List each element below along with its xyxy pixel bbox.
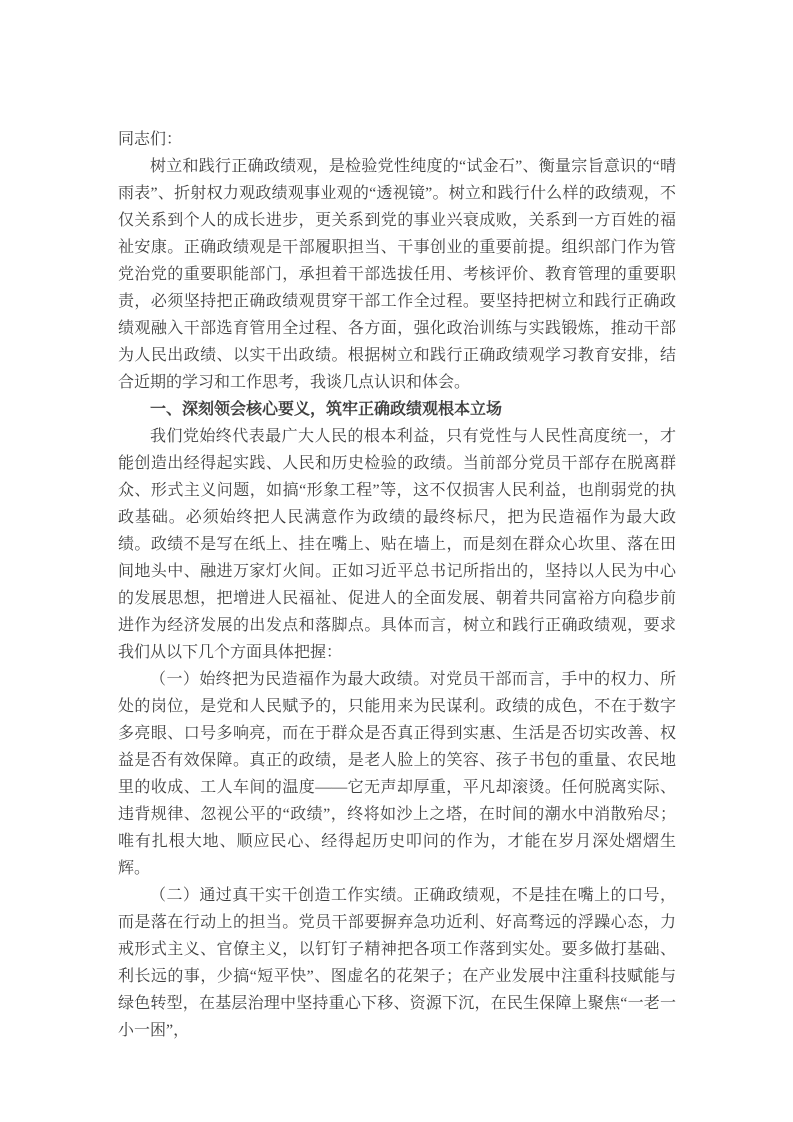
section-heading-1: 一、深刻领会核心要义，筑牢正确政绩观根本立场 xyxy=(118,396,676,423)
salutation: 同志们： xyxy=(118,126,676,153)
paragraph-intro: 树立和践行正确政绩观，是检验党性纯度的“试金石”、衡量宗旨意识的“晴雨表”、折射… xyxy=(118,153,676,396)
paragraph-section-lead: 我们党始终代表最广大人民的根本利益，只有党性与人民性高度统一，才能创造出经得起实… xyxy=(118,423,676,666)
paragraph-point-1: （一）始终把为民造福作为最大政绩。对党员干部而言，手中的权力、所处的岗位，是党和… xyxy=(118,666,676,882)
document-page: 同志们： 树立和践行正确政绩观，是检验党性纯度的“试金石”、衡量宗旨意识的“晴雨… xyxy=(0,0,793,1122)
paragraph-point-2: （二）通过真干实干创造工作实绩。正确政绩观，不是挂在嘴上的口号，而是落在行动上的… xyxy=(118,882,676,1044)
